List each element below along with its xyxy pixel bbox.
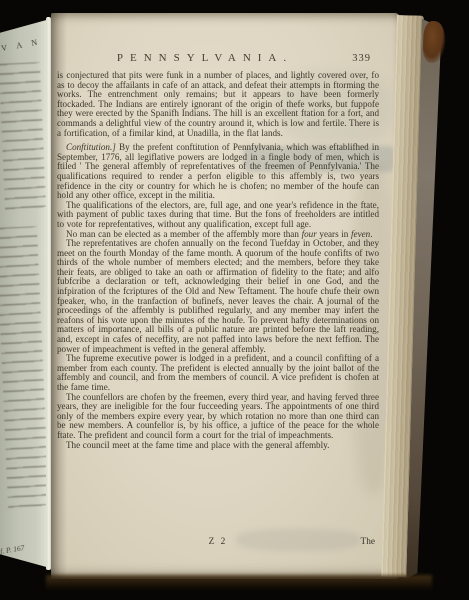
facing-page-running-title-fragment: V A N I A	[1, 36, 50, 53]
book-page: PENNSYLVANIA. 339 is conjectured that pi…	[51, 13, 400, 579]
catchword: The	[361, 537, 375, 547]
page-body: is conjectured that pits were funk in a …	[57, 71, 379, 450]
bottom-shadow	[46, 575, 432, 590]
facing-page-text-lines	[0, 62, 46, 214]
paragraph: is conjectured that pits were funk in a …	[57, 71, 379, 138]
corner-damage-spot	[423, 21, 446, 64]
paragraph: Conftitution.] By the prefent conftituti…	[57, 143, 379, 201]
facing-page-footnote-fragment: f. P. 167	[0, 543, 25, 556]
paragraph: The fupreme executive power is lodged in…	[57, 354, 379, 392]
facing-page-edge: V A N I A f. P. 167	[0, 19, 50, 568]
page-number: 339	[352, 53, 371, 64]
page-header: PENNSYLVANIA. 339	[57, 52, 379, 66]
paragraph: The council meet at the fame time and pl…	[57, 441, 379, 451]
signature-line: Z 2 The	[57, 537, 379, 549]
paragraph: The qualifications of the electors, are,…	[57, 201, 379, 230]
running-title: PENNSYLVANIA.	[57, 52, 353, 64]
signature-mark: Z 2	[209, 537, 228, 547]
paragraph: The counfellors are chofen by the freeme…	[57, 393, 379, 441]
open-book-photo: V A N I A f. P. 167 PENNSYLVANIA. 339 is…	[0, 0, 469, 600]
paragraph: The reprefentatives are chofen annually …	[57, 239, 379, 354]
facing-page-text-lines	[0, 226, 49, 508]
